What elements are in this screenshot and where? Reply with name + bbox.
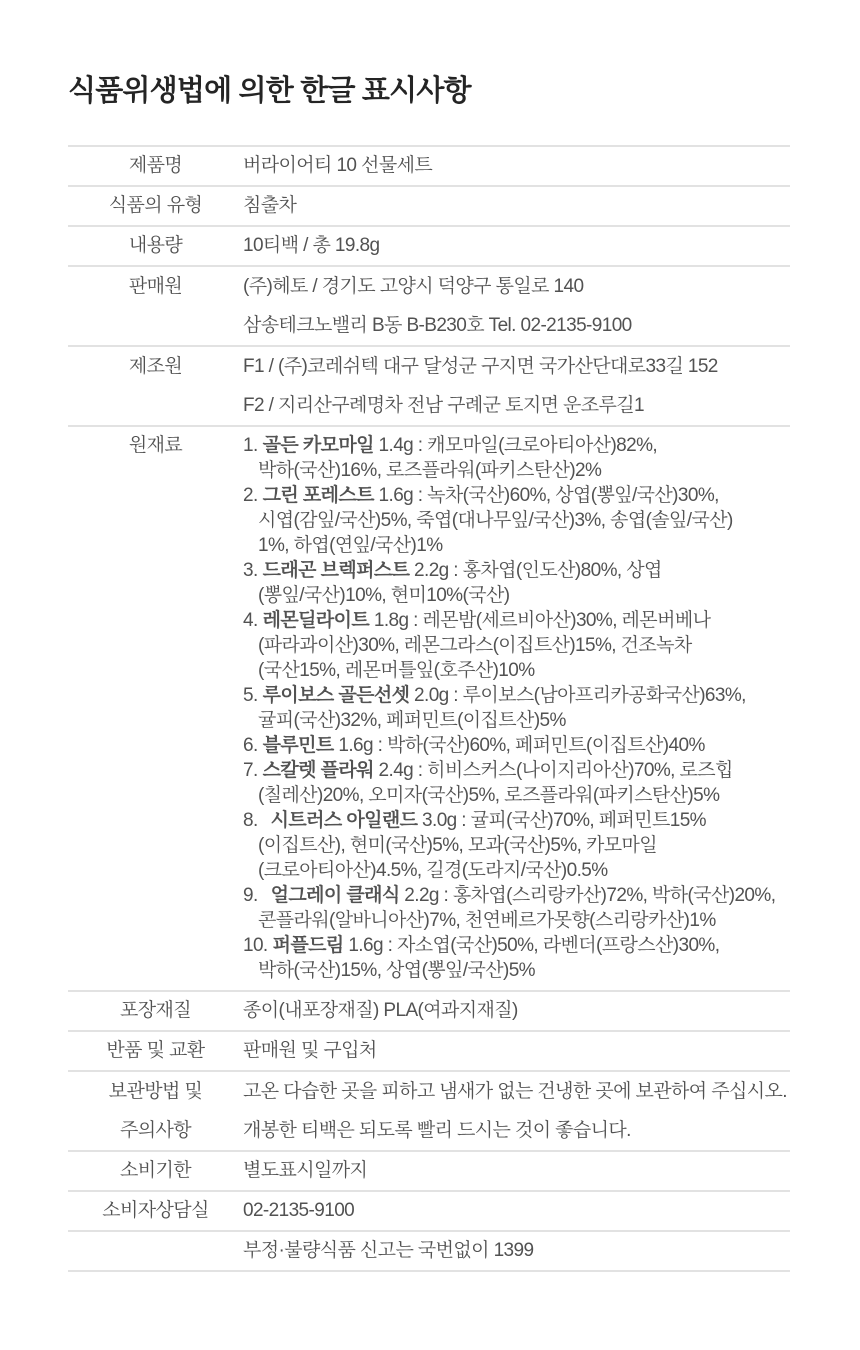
ingredient-detail: 2.2g : 홍차엽(스리랑카산)72%, 박하(국산)20%, <box>400 885 776 906</box>
ingredient-line: 2.그린 포레스트 1.6g : 녹차(국산)60%, 상엽(뽕잎/국산)30%… <box>243 483 790 508</box>
row-value-net-content: 10티백 / 총 19.8g <box>243 227 790 265</box>
row-value-food-type: 침출차 <box>243 187 790 225</box>
ingredient-line: 5.루이보스 골든선셋 2.0g : 루이보스(남아프리카공화국산)63%, <box>243 683 790 708</box>
row-label-consumer-center: 소비자상담실 <box>68 1192 243 1230</box>
seller-line-1: (주)헤토 / 경기도 고양시 덕양구 통일로 140 <box>243 267 790 306</box>
ingredient-line: 콘플라워(알바니아산)7%, 천연베르가못향(스리랑카산)1% <box>243 908 790 933</box>
row-label-food-type: 식품의 유형 <box>68 187 243 225</box>
ingredient-line: (이집트산), 현미(국산)5%, 모과(국산)5%, 카모마일 <box>243 833 790 858</box>
seller-line-2: 삼송테크노밸리 B동 B-B230호 Tel. 02-2135-9100 <box>243 306 790 345</box>
ingredient-line: 1%, 하엽(연잎/국산)1% <box>243 533 790 558</box>
ingredient-line: 9.얼그레이 클래식 2.2g : 홍차엽(스리랑카산)72%, 박하(국산)2… <box>243 883 790 908</box>
ingredient-name: 스칼렛 플라워 <box>263 760 374 781</box>
ingredient-line: (국산15%, 레몬머틀잎(호주산)10% <box>243 658 790 683</box>
row-value-packaging: 종이(내포장재질) PLA(여과지재질) <box>243 992 790 1030</box>
ingredient-line: 귤피(국산)32%, 페퍼민트(이집트산)5% <box>243 708 790 733</box>
storage-label-line-2: 주의사항 <box>68 1111 243 1150</box>
row-label-net-content: 내용량 <box>68 227 243 265</box>
ingredient-line: 6.블루민트 1.6g : 박하(국산)60%, 페퍼민트(이집트산)40% <box>243 733 790 758</box>
ingredient-item-8: 8.시트러스 아일랜드 3.0g : 귤피(국산)70%, 페퍼민트15% (이… <box>243 808 790 883</box>
ingredient-line: (칠레산)20%, 오미자(국산)5%, 로즈플라워(파키스탄산)5% <box>243 783 790 808</box>
table-row-product-name: 제품명 버라이어티 10 선물세트 <box>68 145 790 185</box>
ingredient-name: 블루민트 <box>263 735 334 756</box>
ingredient-item-5: 5.루이보스 골든선셋 2.0g : 루이보스(남아프리카공화국산)63%, 귤… <box>243 683 790 733</box>
row-label-storage: 보관방법 및 주의사항 <box>68 1072 243 1150</box>
ingredient-number: 7. <box>243 760 258 781</box>
table-row-returns: 반품 및 교환 판매원 및 구입처 <box>68 1030 790 1070</box>
ingredient-name: 그린 포레스트 <box>263 485 374 506</box>
ingredient-item-1: 1.골든 카모마일 1.4g : 캐모마일(크로아티아산)82%, 박하(국산)… <box>243 433 790 483</box>
ingredient-line: 7.스칼렛 플라워 2.4g : 히비스커스(나이지리아산)70%, 로즈힙 <box>243 758 790 783</box>
table-row-expiry: 소비기한 별도표시일까지 <box>68 1150 790 1190</box>
ingredient-number: 9. <box>243 885 258 906</box>
table-row-report: 부정·불량식품 신고는 국번없이 1399 <box>68 1230 790 1270</box>
ingredient-number: 3. <box>243 560 258 581</box>
row-label-returns: 반품 및 교환 <box>68 1032 243 1070</box>
row-label-report-empty <box>68 1232 243 1270</box>
ingredient-line: 10.퍼플드림 1.6g : 자소엽(국산)50%, 라벤더(프랑스산)30%, <box>243 933 790 958</box>
ingredient-name: 얼그레이 클래식 <box>271 885 400 906</box>
ingredient-detail: 1.8g : 레몬밤(세르비아산)30%, 레몬버베나 <box>369 610 710 631</box>
ingredient-item-10: 10.퍼플드림 1.6g : 자소엽(국산)50%, 라벤더(프랑스산)30%,… <box>243 933 790 983</box>
ingredient-number: 4. <box>243 610 258 631</box>
ingredient-detail: 2.0g : 루이보스(남아프리카공화국산)63%, <box>409 685 745 706</box>
label-info-table: 제품명 버라이어티 10 선물세트 식품의 유형 침출차 내용량 10티백 / … <box>68 145 790 1272</box>
ingredient-item-9: 9.얼그레이 클래식 2.2g : 홍차엽(스리랑카산)72%, 박하(국산)2… <box>243 883 790 933</box>
ingredient-number: 1. <box>243 435 258 456</box>
ingredient-line: (크로아티아산)4.5%, 길경(도라지/국산)0.5% <box>243 858 790 883</box>
ingredient-item-2: 2.그린 포레스트 1.6g : 녹차(국산)60%, 상엽(뽕잎/국산)30%… <box>243 483 790 558</box>
row-label-expiry: 소비기한 <box>68 1152 243 1190</box>
ingredient-line: 박하(국산)16%, 로즈플라워(파키스탄산)2% <box>243 458 790 483</box>
ingredient-detail: 1.6g : 녹차(국산)60%, 상엽(뽕잎/국산)30%, <box>374 485 719 506</box>
table-row-food-type: 식품의 유형 침출차 <box>68 185 790 225</box>
row-value-product-name: 버라이어티 10 선물세트 <box>243 147 790 185</box>
ingredient-line: 1.골든 카모마일 1.4g : 캐모마일(크로아티아산)82%, <box>243 433 790 458</box>
food-label-sheet: 식품위생법에 의한 한글 표시사항 제품명 버라이어티 10 선물세트 식품의 … <box>0 0 860 1350</box>
ingredient-number: 10. <box>243 935 268 956</box>
row-value-expiry: 별도표시일까지 <box>243 1152 790 1190</box>
ingredient-line: (파라과이산)30%, 레몬그라스(이집트산)15%, 건조녹차 <box>243 633 790 658</box>
ingredient-name: 골든 카모마일 <box>263 435 374 456</box>
page-title: 식품위생법에 의한 한글 표시사항 <box>68 68 471 109</box>
ingredient-detail: 1.4g : 캐모마일(크로아티아산)82%, <box>374 435 657 456</box>
row-value-manufacturer: F1 / (주)코레쉬텍 대구 달성군 구지면 국가산단대로33길 152 F2… <box>243 347 790 425</box>
storage-line-2: 개봉한 티백은 되도록 빨리 드시는 것이 좋습니다. <box>243 1111 790 1150</box>
ingredient-detail: 1.6g : 자소엽(국산)50%, 라벤더(프랑스산)30%, <box>344 935 720 956</box>
row-value-report: 부정·불량식품 신고는 국번없이 1399 <box>243 1232 790 1270</box>
row-value-seller: (주)헤토 / 경기도 고양시 덕양구 통일로 140 삼송테크노밸리 B동 B… <box>243 267 790 345</box>
manufacturer-label-text: 제조원 <box>68 347 243 386</box>
ingredient-item-4: 4.레몬딜라이트 1.8g : 레몬밤(세르비아산)30%, 레몬버베나 (파라… <box>243 608 790 683</box>
manufacturer-line-2: F2 / 지리산구례명차 전남 구례군 토지면 운조루길1 <box>243 386 790 425</box>
row-label-seller: 판매원 <box>68 267 243 345</box>
ingredient-name: 레몬딜라이트 <box>263 610 370 631</box>
ingredient-name: 퍼플드림 <box>273 935 344 956</box>
ingredient-line: 8.시트러스 아일랜드 3.0g : 귤피(국산)70%, 페퍼민트15% <box>243 808 790 833</box>
seller-label-text: 판매원 <box>68 267 243 306</box>
ingredient-item-3: 3.드래곤 브렉퍼스트 2.2g : 홍차엽(인도산)80%, 상엽 (뽕잎/국… <box>243 558 790 608</box>
ingredient-line: 시엽(감잎/국산)5%, 죽엽(대나무잎/국산)3%, 송엽(솔잎/국산) <box>243 508 790 533</box>
ingredient-number: 6. <box>243 735 258 756</box>
row-value-returns: 판매원 및 구입처 <box>243 1032 790 1070</box>
manufacturer-line-1: F1 / (주)코레쉬텍 대구 달성군 구지면 국가산단대로33길 152 <box>243 347 790 386</box>
row-value-ingredients: 1.골든 카모마일 1.4g : 캐모마일(크로아티아산)82%, 박하(국산)… <box>243 427 790 990</box>
ingredient-name: 시트러스 아일랜드 <box>271 810 418 831</box>
ingredient-number: 2. <box>243 485 258 506</box>
table-row-consumer-center: 소비자상담실 02-2135-9100 <box>68 1190 790 1230</box>
table-row-ingredients: 원재료 1.골든 카모마일 1.4g : 캐모마일(크로아티아산)82%, 박하… <box>68 425 790 990</box>
table-row-manufacturer: 제조원 F1 / (주)코레쉬텍 대구 달성군 구지면 국가산단대로33길 15… <box>68 345 790 425</box>
ingredient-detail: 2.4g : 히비스커스(나이지리아산)70%, 로즈힙 <box>374 760 733 781</box>
ingredient-detail: 1.6g : 박하(국산)60%, 페퍼민트(이집트산)40% <box>334 735 705 756</box>
ingredient-item-6: 6.블루민트 1.6g : 박하(국산)60%, 페퍼민트(이집트산)40% <box>243 733 790 758</box>
ingredient-line: 4.레몬딜라이트 1.8g : 레몬밤(세르비아산)30%, 레몬버베나 <box>243 608 790 633</box>
ingredient-detail: 3.0g : 귤피(국산)70%, 페퍼민트15% <box>417 810 706 831</box>
table-row-storage: 보관방법 및 주의사항 고온 다습한 곳을 피하고 냄새가 없는 건냉한 곳에 … <box>68 1070 790 1150</box>
storage-line-1: 고온 다습한 곳을 피하고 냄새가 없는 건냉한 곳에 보관하여 주십시오. <box>243 1072 790 1111</box>
ingredient-detail: 2.2g : 홍차엽(인도산)80%, 상엽 <box>409 560 661 581</box>
ingredient-item-7: 7.스칼렛 플라워 2.4g : 히비스커스(나이지리아산)70%, 로즈힙 (… <box>243 758 790 808</box>
ingredient-name: 루이보스 골든선셋 <box>263 685 410 706</box>
ingredient-number: 8. <box>243 810 258 831</box>
ingredient-line: 3.드래곤 브렉퍼스트 2.2g : 홍차엽(인도산)80%, 상엽 <box>243 558 790 583</box>
row-label-ingredients: 원재료 <box>68 427 243 990</box>
ingredient-number: 5. <box>243 685 258 706</box>
row-label-manufacturer: 제조원 <box>68 347 243 425</box>
storage-label-line-1: 보관방법 및 <box>68 1072 243 1111</box>
row-label-product-name: 제품명 <box>68 147 243 185</box>
table-row-seller: 판매원 (주)헤토 / 경기도 고양시 덕양구 통일로 140 삼송테크노밸리 … <box>68 265 790 345</box>
ingredient-line: 박하(국산)15%, 상엽(뽕잎/국산)5% <box>243 958 790 983</box>
row-value-storage: 고온 다습한 곳을 피하고 냄새가 없는 건냉한 곳에 보관하여 주십시오. 개… <box>243 1072 790 1150</box>
ingredient-name: 드래곤 브렉퍼스트 <box>263 560 410 581</box>
row-value-consumer-center: 02-2135-9100 <box>243 1192 790 1230</box>
table-row-packaging: 포장재질 종이(내포장재질) PLA(여과지재질) <box>68 990 790 1030</box>
row-label-packaging: 포장재질 <box>68 992 243 1030</box>
ingredient-line: (뽕잎/국산)10%, 현미10%(국산) <box>243 583 790 608</box>
table-row-net-content: 내용량 10티백 / 총 19.8g <box>68 225 790 265</box>
